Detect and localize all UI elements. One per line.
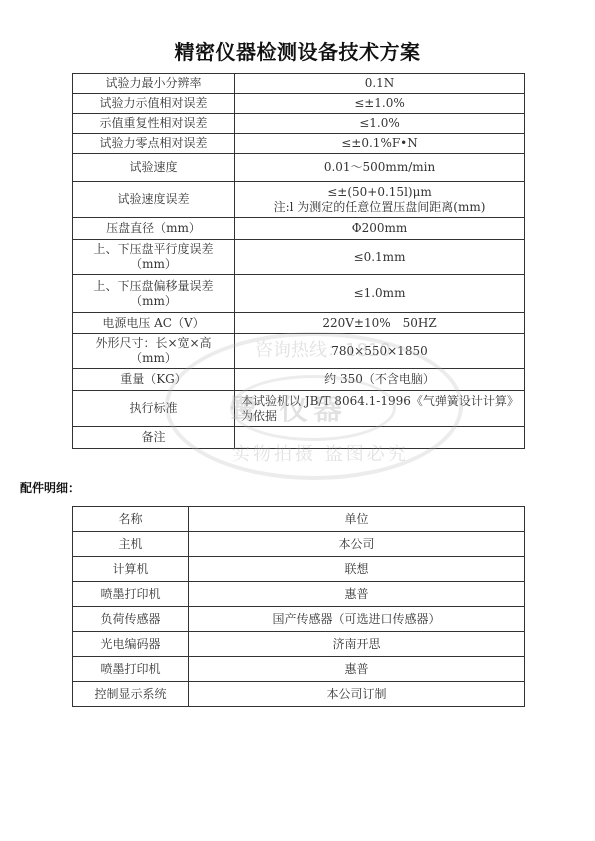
- part-unit: 联想: [189, 557, 525, 582]
- part-unit: 惠普: [189, 657, 525, 682]
- spec-value: 220V±10% 50HZ: [235, 313, 525, 334]
- part-name: 光电编码器: [73, 632, 189, 657]
- table-row: 上、下压盘偏移量误差（mm） ≤1.0mm: [73, 275, 525, 313]
- part-name: 主机: [73, 532, 189, 557]
- table-row: 执行标准 本试验机以 JB/T 8064.1-1996《气弹簧设计计算》为依据: [73, 391, 525, 427]
- table-row: 示值重复性相对误差 ≤1.0%: [73, 114, 525, 134]
- part-name: 喷墨打印机: [73, 582, 189, 607]
- table-row: 试验力示值相对误差 ≤±1.0%: [73, 94, 525, 114]
- table-row: 重量（KG） 约 350（不含电脑）: [73, 369, 525, 391]
- table-row: 喷墨打印机 惠普: [73, 657, 525, 682]
- spec-label: 执行标准: [73, 391, 235, 427]
- parts-table: 名称 单位 主机 本公司 计算机 联想 喷墨打印机 惠普 负荷传感器 国产传感器…: [72, 506, 525, 707]
- part-unit: 国产传感器（可选进口传感器）: [189, 607, 525, 632]
- table-row: 负荷传感器 国产传感器（可选进口传感器）: [73, 607, 525, 632]
- column-header-name: 名称: [73, 507, 189, 532]
- table-row: 控制显示系统 本公司订制: [73, 682, 525, 707]
- table-row: 试验速度 0.01～500mm/min: [73, 154, 525, 182]
- spec-label: 电源电压 AC（V）: [73, 313, 235, 334]
- spec-label: 外形尺寸：长×宽×高（mm）: [73, 334, 235, 369]
- spec-value: ≤±0.1%F•N: [235, 134, 525, 154]
- spec-value: ≤1.0%: [235, 114, 525, 134]
- part-unit: 本公司订制: [189, 682, 525, 707]
- part-unit: 济南开思: [189, 632, 525, 657]
- table-header-row: 名称 单位: [73, 507, 525, 532]
- table-row: 试验力最小分辨率 0.1N: [73, 74, 525, 94]
- part-name: 控制显示系统: [73, 682, 189, 707]
- spec-label: 备注: [73, 427, 235, 449]
- spec-label: 上、下压盘平行度误差（mm）: [73, 240, 235, 275]
- spec-value: ≤1.0mm: [235, 275, 525, 313]
- parts-heading: 配件明细：: [20, 479, 80, 496]
- spec-table: 试验力最小分辨率 0.1N 试验力示值相对误差 ≤±1.0% 示值重复性相对误差…: [72, 73, 525, 449]
- part-unit: 本公司: [189, 532, 525, 557]
- table-row: 试验速度误差 ≤±(50+0.15l)μm 注:l 为测定的任意位置压盘间距离(…: [73, 182, 525, 218]
- table-row: 光电编码器 济南开思: [73, 632, 525, 657]
- table-row: 试验力零点相对误差 ≤±0.1%F•N: [73, 134, 525, 154]
- spec-label: 试验力最小分辨率: [73, 74, 235, 94]
- spec-value: 0.01～500mm/min: [235, 154, 525, 182]
- spec-value: ≤±1.0%: [235, 94, 525, 114]
- spec-value: ≤±(50+0.15l)μm 注:l 为测定的任意位置压盘间距离(mm): [235, 182, 525, 218]
- spec-label: 上、下压盘偏移量误差（mm）: [73, 275, 235, 313]
- spec-value-note: 注:l 为测定的任意位置压盘间距离(mm): [239, 200, 520, 215]
- spec-label: 试验力示值相对误差: [73, 94, 235, 114]
- spec-value: ≤0.1mm: [235, 240, 525, 275]
- table-row: 上、下压盘平行度误差（mm） ≤0.1mm: [73, 240, 525, 275]
- spec-label: 试验力零点相对误差: [73, 134, 235, 154]
- spec-value: 0.1N: [235, 74, 525, 94]
- part-unit: 惠普: [189, 582, 525, 607]
- column-header-unit: 单位: [189, 507, 525, 532]
- table-row: 喷墨打印机 惠普: [73, 582, 525, 607]
- spec-value: 本试验机以 JB/T 8064.1-1996《气弹簧设计计算》为依据: [235, 391, 525, 427]
- table-row: 备注: [73, 427, 525, 449]
- spec-label: 示值重复性相对误差: [73, 114, 235, 134]
- table-row: 压盘直径（mm） Φ200mm: [73, 218, 525, 240]
- table-row: 外形尺寸：长×宽×高（mm） 780×550×1850: [73, 334, 525, 369]
- spec-label: 重量（KG）: [73, 369, 235, 391]
- spec-value: Φ200mm: [235, 218, 525, 240]
- table-row: 计算机 联想: [73, 557, 525, 582]
- document-title: 精密仪器检测设备技术方案: [0, 36, 595, 65]
- spec-label: 试验速度: [73, 154, 235, 182]
- spec-label: 压盘直径（mm）: [73, 218, 235, 240]
- spec-value: 约 350（不含电脑）: [235, 369, 525, 391]
- spec-label: 试验速度误差: [73, 182, 235, 218]
- part-name: 负荷传感器: [73, 607, 189, 632]
- spec-value-main: ≤±(50+0.15l)μm: [239, 185, 520, 200]
- spec-value: 780×550×1850: [235, 334, 525, 369]
- part-name: 计算机: [73, 557, 189, 582]
- table-row: 电源电压 AC（V） 220V±10% 50HZ: [73, 313, 525, 334]
- table-row: 主机 本公司: [73, 532, 525, 557]
- spec-value: [235, 427, 525, 449]
- part-name: 喷墨打印机: [73, 657, 189, 682]
